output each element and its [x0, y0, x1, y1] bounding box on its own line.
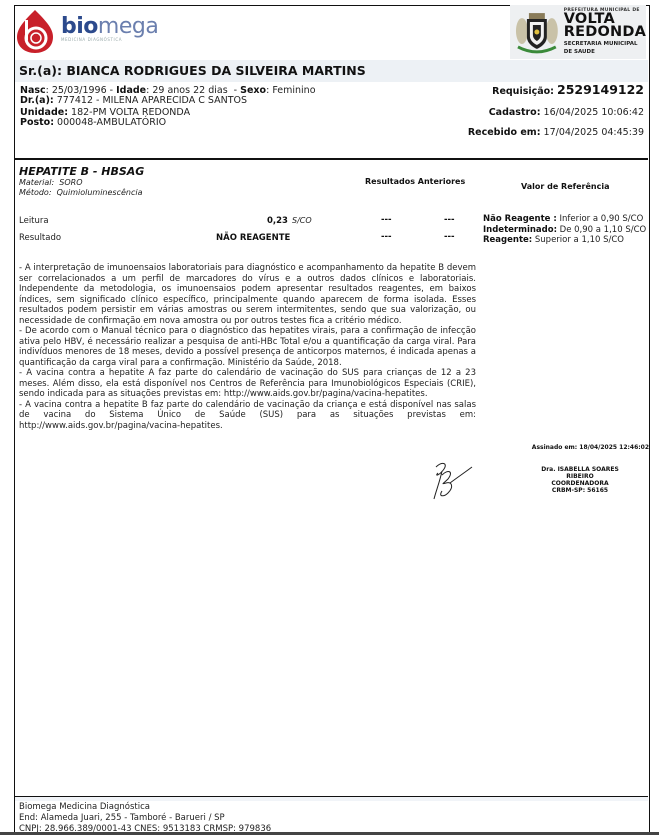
signature-image [424, 453, 476, 505]
signer-name: Dra. ISABELLA SOARES RIBEIRO [530, 466, 630, 480]
patient-name: Sr.(a): BIANCA RODRIGUES DA SILVEIRA MAR… [19, 63, 366, 78]
footer-shade [15, 797, 648, 801]
previous-result-2: --- [444, 232, 455, 242]
received-date: Recebido em: 17/04/2025 04:45:39 [468, 127, 644, 138]
reference-reactive: Reagente: Superior a 1,10 S/CO [483, 235, 648, 246]
reference-header: Valor de Referência [521, 182, 610, 191]
signer-role: COORDENADORA [530, 480, 630, 487]
patient-name-bar: Sr.(a): BIANCA RODRIGUES DA SILVEIRA MAR… [15, 60, 648, 82]
previous-results-header: Resultados Anteriores [365, 177, 465, 186]
header-divider [15, 158, 648, 160]
previous-result-2: --- [444, 215, 455, 225]
requisition: Requisição: 2529149122 [492, 82, 644, 97]
reference-non-reactive: Não Reagente : Inferior a 0,90 S/CO [483, 214, 648, 225]
exam-title: HEPATITE B - HBSAG [19, 165, 144, 178]
note-paragraph: - A vacina contra a hepatite B faz parte… [19, 400, 476, 432]
signer-registry: CRBM-SP: 56165 [530, 487, 630, 494]
result-value: NÃO REAGENTE [216, 233, 290, 243]
exam-material: Material: SORO [19, 178, 83, 187]
reading-value: 0,23 [267, 216, 288, 226]
biomega-logo: biomega MEDICINA DIAGNÓSTICA [15, 8, 158, 54]
reference-indeterminate: Indeterminado: De 0,90 a 1,10 S/CO [483, 225, 648, 236]
reference-values: Não Reagente : Inferior a 0,90 S/CO Inde… [483, 214, 648, 246]
biomega-drop-icon [15, 8, 55, 54]
row-label-resultado: Resultado [19, 233, 61, 243]
footer: Biomega Medicina Diagnóstica End: Alamed… [19, 802, 271, 835]
cadastro-date: Cadastro: 16/04/2025 10:06:42 [489, 107, 644, 118]
reading-unit: S/CO [292, 216, 312, 225]
note-paragraph: - A interpretação de imunoensaios labora… [19, 263, 476, 326]
note-paragraph: - De acordo com o Manual técnico para o … [19, 326, 476, 368]
requisition-number: 2529149122 [557, 82, 644, 97]
previous-result-1: --- [381, 232, 392, 242]
previous-result-1: --- [381, 215, 392, 225]
signer-info: Dra. ISABELLA SOARES RIBEIRO COORDENADOR… [530, 466, 630, 494]
note-paragraph: - A vacina contra a hepatite A faz parte… [19, 368, 476, 400]
coat-of-arms-icon [512, 7, 562, 57]
volta-redonda-logo: PREFEITURA MUNICIPAL DE VOLTA REDONDA SE… [510, 5, 646, 59]
exam-method: Método: Quimioluminescência [19, 188, 143, 197]
partner-sub2: DE SAUDE [564, 49, 646, 55]
exam-notes: - A interpretação de imunoensaios labora… [19, 263, 476, 431]
patient-post: Posto: 000048-AMBULATÓRIO [20, 117, 166, 128]
partner-sub1: SECRETARIA MUNICIPAL [564, 41, 646, 47]
partner-name-line2: REDONDA [564, 26, 646, 39]
row-label-leitura: Leitura [19, 216, 49, 226]
footer-company: Biomega Medicina Diagnóstica [19, 802, 271, 813]
patient-doctor: Dr.(a): 777412 - MILENA APARECIDA C SANT… [20, 95, 247, 106]
biomega-wordmark: biomega [61, 14, 158, 39]
footer-address: End: Alameda Juari, 255 - Tamboré - Baru… [19, 813, 271, 824]
signed-at: Assinado em: 18/04/2025 12:46:02 [532, 444, 649, 451]
